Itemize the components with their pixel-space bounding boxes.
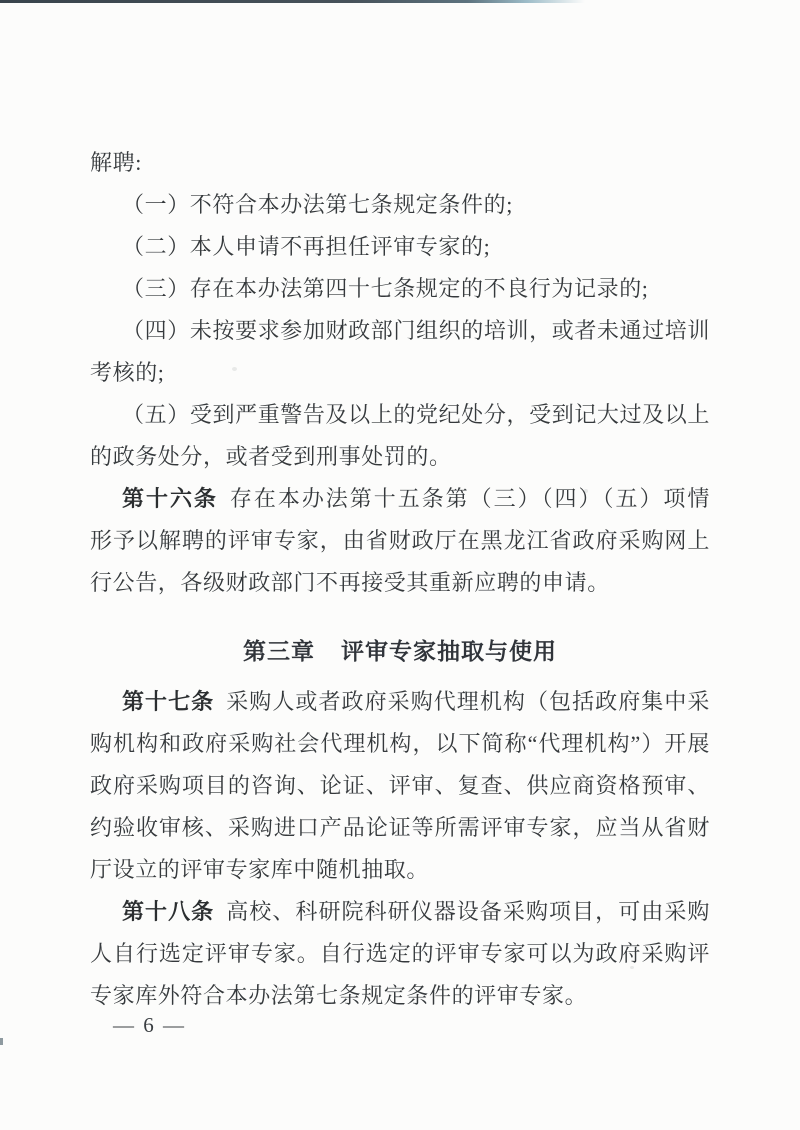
scan-edge-tick <box>0 1038 3 1045</box>
article-16-line-2: 形予以解聘的评审专家，由省财政厅在黑龙江省政府采购网上进 <box>90 520 710 562</box>
article-17-number: 第十七条 <box>122 689 214 714</box>
list-item-5-line-2: 的政务处分，或者受到刑事处罚的。 <box>90 436 710 478</box>
article-17-line-2: 购机构和政府采购社会代理机构，以下简称“代理机构”）开展 <box>90 723 710 765</box>
article-17-text: 采购人或者政府采购代理机构（包括政府集中采 <box>226 689 710 714</box>
body-text-block-1: 解聘: （一）不符合本办法第七条规定条件的; （二）本人申请不再担任评审专家的;… <box>90 142 710 604</box>
chapter-title: 评审专家抽取与使用 <box>341 638 557 664</box>
article-18-text: 高校、科研院科研仪器设备采购项目，可由采购 <box>226 899 710 924</box>
page-number: — 6 — <box>113 1010 186 1040</box>
list-item-4-line-1: （四）未按要求参加财政部门组织的培训，或者未通过培训 <box>90 310 710 352</box>
article-16-number: 第十六条 <box>122 486 218 511</box>
paragraph-intro-line: 解聘: <box>90 142 710 184</box>
article-18-line-2: 人自行选定评审专家。自行选定的评审专家可以为政府采购评审 <box>90 933 710 975</box>
article-17-line-5: 厅设立的评审专家库中随机抽取。 <box>90 849 710 891</box>
list-item-2-line: （二）本人申请不再担任评审专家的; <box>90 226 710 268</box>
list-item-1-line: （一）不符合本办法第七条规定条件的; <box>90 184 710 226</box>
article-18-number: 第十八条 <box>122 899 214 924</box>
scanned-document-page: 解聘: （一）不符合本办法第七条规定条件的; （二）本人申请不再担任评审专家的;… <box>0 0 800 1130</box>
chapter-heading: 第三章评审专家抽取与使用 <box>90 630 710 672</box>
list-item-3-line: （三）存在本办法第四十七条规定的不良行为记录的; <box>90 268 710 310</box>
scan-edge-artifact <box>0 0 585 3</box>
article-17-line-3: 政府采购项目的咨询、论证、评审、复查、供应商资格预审、履 <box>90 765 710 807</box>
article-18-line-1: 第十八条高校、科研院科研仪器设备采购项目，可由采购 <box>90 891 710 933</box>
article-16-line-3: 行公告，各级财政部门不再接受其重新应聘的申请。 <box>90 562 710 604</box>
article-17-line-4: 约验收审核、采购进口产品论证等所需评审专家，应当从省财政 <box>90 807 710 849</box>
chapter-number: 第三章 <box>243 638 315 664</box>
article-17-line-1: 第十七条采购人或者政府采购代理机构（包括政府集中采 <box>90 681 710 723</box>
article-16-text: 存在本办法第十五条第（三）（四）（五）项情 <box>230 486 710 511</box>
list-item-5-line-1: （五）受到严重警告及以上的党纪处分，受到记大过及以上 <box>90 394 710 436</box>
article-16-line-1: 第十六条存在本办法第十五条第（三）（四）（五）项情 <box>90 478 710 520</box>
body-text-block-2: 第十七条采购人或者政府采购代理机构（包括政府集中采 购机构和政府采购社会代理机构… <box>90 681 710 1017</box>
list-item-4-line-2: 考核的; <box>90 352 710 394</box>
